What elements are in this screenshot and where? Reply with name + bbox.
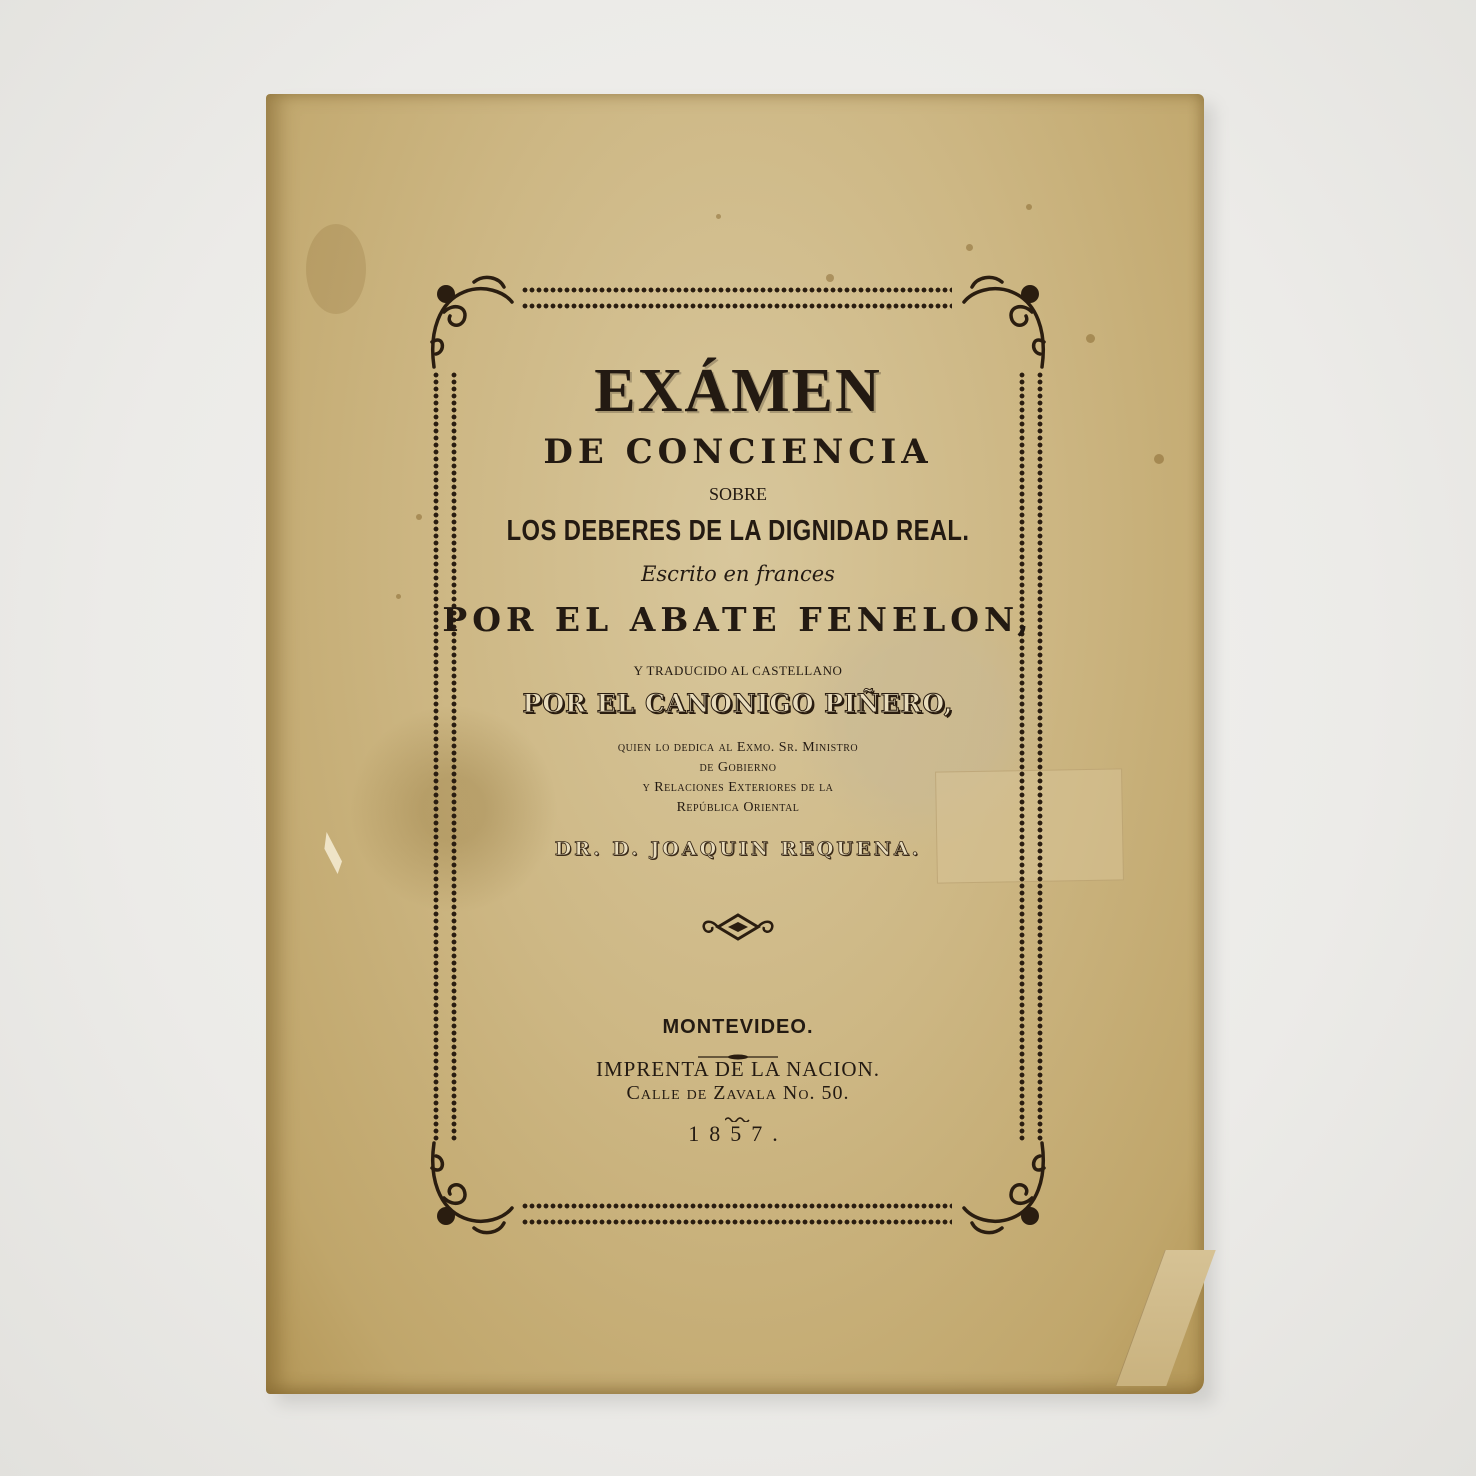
author-line: POR EL ABATE FENELON, <box>440 600 1036 639</box>
title-sub: DE CONCIENCIA <box>440 432 1036 472</box>
year-line: 1857. <box>440 1121 1036 1147</box>
dedication-block: quien lo dedica al Exmo. Sr. Ministro de… <box>440 738 1036 818</box>
place-line: MONTEVIDEO. <box>440 1016 1036 1039</box>
title-main: EXÁMEN <box>440 360 1036 422</box>
scroll-corner-icon <box>962 1138 1052 1238</box>
written-note: Escrito en frances <box>440 562 1036 586</box>
translator-line: POR EL CANONIGO PIÑERO, <box>440 689 1036 718</box>
dedication-line: quien lo dedica al Exmo. Sr. Ministro <box>440 738 1036 758</box>
dedication-line: República Oriental <box>440 798 1036 818</box>
ornamental-rule-icon <box>698 1047 778 1053</box>
title-page-text: EXÁMEN DE CONCIENCIA SOBRE LOS DEBERES D… <box>440 350 1036 1147</box>
connector-word: SOBRE <box>440 484 1036 505</box>
subject-line: LOS DEBERES DE LA DIGNIDAD REAL. <box>494 515 983 548</box>
dedicatee-line: DR. D. JOAQUIN REQUENA. <box>440 838 1036 860</box>
translation-note: Y TRADUCIDO AL CASTELLANO <box>440 663 1036 679</box>
diamond-vignette-icon <box>698 910 778 944</box>
dedication-line: y Relaciones Exteriores de la <box>440 778 1036 798</box>
scroll-corner-icon <box>424 1138 514 1238</box>
printer-line: IMPRENTA DE LA NACION. <box>440 1057 1036 1082</box>
dedication-line: de Gobierno <box>440 758 1036 778</box>
squiggle-rule-icon <box>725 1109 751 1115</box>
address-line: Calle de Zavala No. 50. <box>440 1082 1036 1105</box>
